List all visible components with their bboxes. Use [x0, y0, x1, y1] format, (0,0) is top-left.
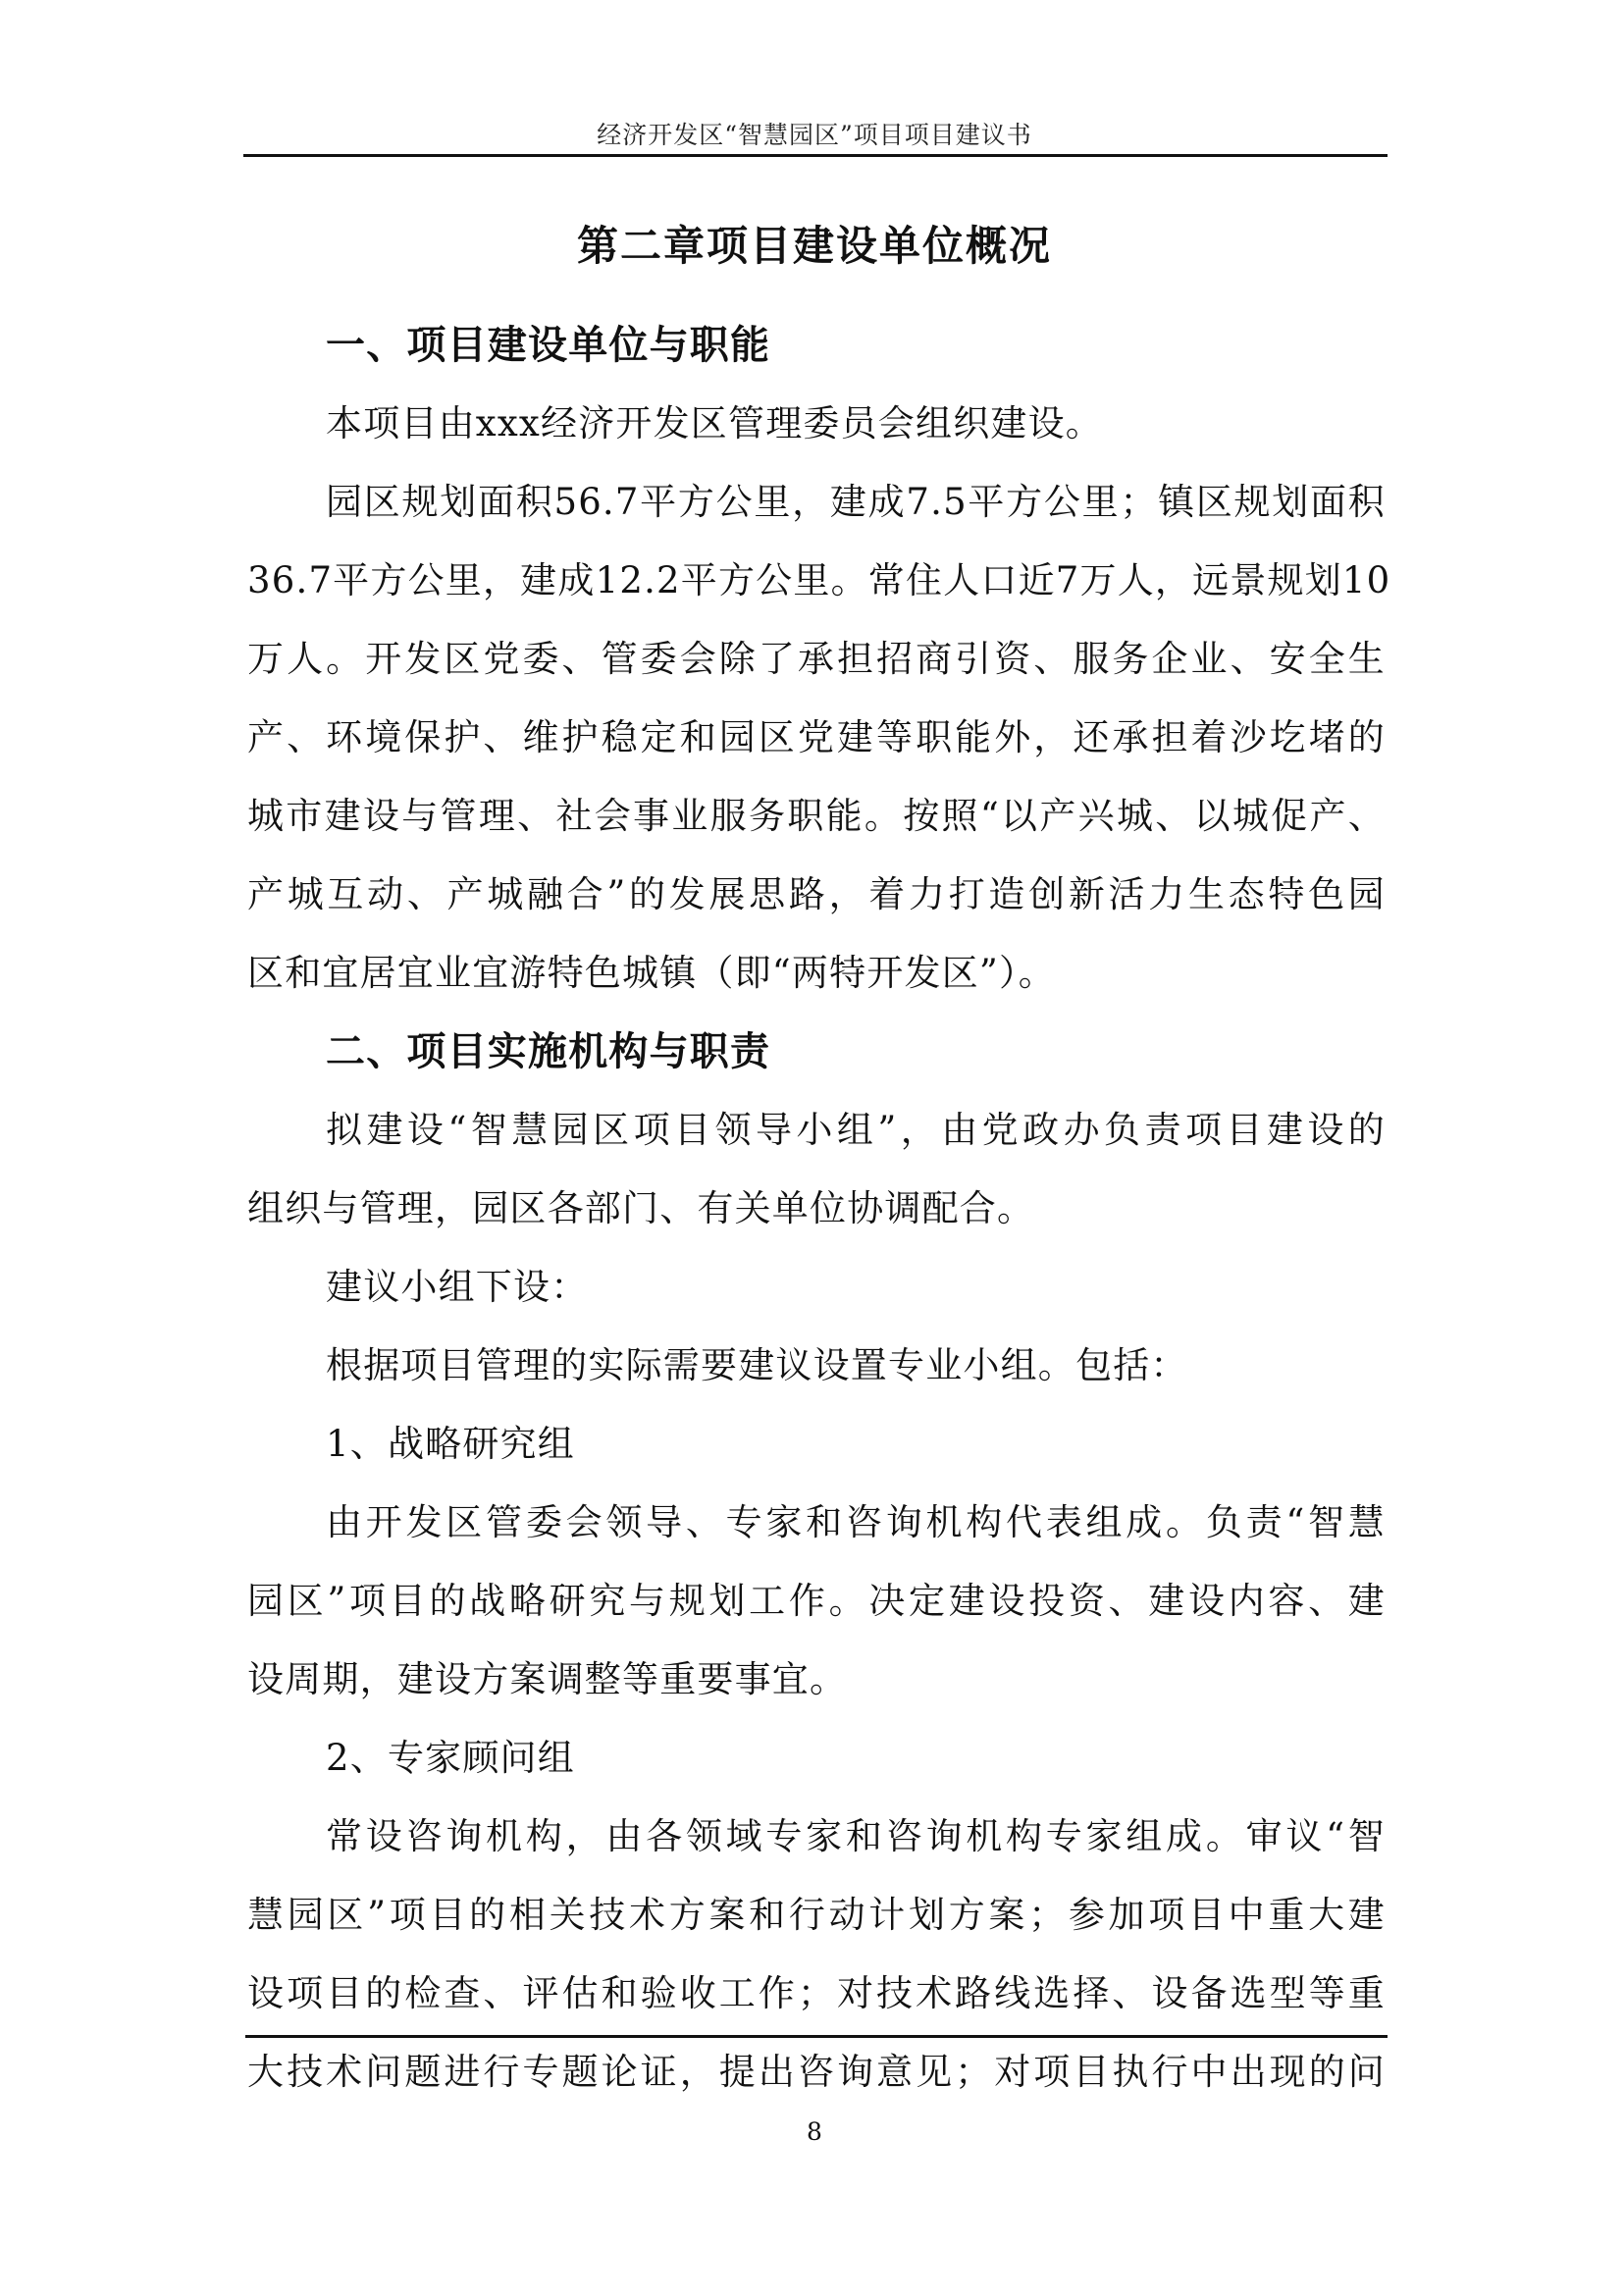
- paragraph-line: 本项目由xxx经济开发区管理委员会组织建设。: [247, 385, 1386, 463]
- section-heading: 二、项目实施机构与职责: [247, 1013, 1386, 1091]
- paragraph-line: 常设咨询机构，由各领域专家和咨询机构专家组成。审议“智: [247, 1798, 1386, 1876]
- paragraph-line: 根据项目管理的实际需要建议设置专业小组。包括：: [247, 1327, 1386, 1405]
- paragraph-line: 组织与管理，园区各部门、有关单位协调配合。: [247, 1170, 1386, 1248]
- paragraph-line: 设周期，建设方案调整等重要事宜。: [247, 1641, 1386, 1719]
- paragraph-line: 园区规划面积56.7平方公里，建成7.5平方公里；镇区规划面积: [247, 463, 1386, 542]
- paragraph-line: 拟建设“智慧园区项目领导小组”，由党政办负责项目建设的: [247, 1091, 1386, 1170]
- section-heading: 一、项目建设单位与职能: [247, 306, 1386, 385]
- subgroup-heading: 1、战略研究组: [247, 1405, 1386, 1484]
- paragraph-line: 由开发区管委会领导、专家和咨询机构代表组成。负责“智慧: [247, 1484, 1386, 1562]
- document-body: 一、项目建设单位与职能 本项目由xxx经济开发区管理委员会组织建设。 园区规划面…: [247, 306, 1386, 2112]
- paragraph-line: 36.7平方公里，建成12.2平方公里。常住人口近7万人，远景规划10: [247, 542, 1386, 620]
- running-header: 经济开发区“智慧园区”项目项目建议书: [243, 116, 1386, 151]
- header-divider: [243, 154, 1388, 157]
- paragraph-line: 建议小组下设：: [247, 1248, 1386, 1327]
- page-number: 8: [243, 2117, 1386, 2146]
- subgroup-heading: 2、专家顾问组: [247, 1719, 1386, 1798]
- paragraph-line: 区和宜居宜业宜游特色城镇（即“两特开发区”）。: [247, 934, 1386, 1013]
- footer-divider: [245, 2035, 1388, 2038]
- chapter-title: 第二章项目建设单位概况: [243, 214, 1386, 273]
- paragraph-line: 城市建设与管理、社会事业服务职能。按照“以产兴城、以城促产、: [247, 777, 1386, 856]
- paragraph-line: 慧园区”项目的相关技术方案和行动计划方案；参加项目中重大建: [247, 1876, 1386, 1955]
- paragraph-line: 产、环境保护、维护稳定和园区党建等职能外，还承担着沙圪堵的: [247, 699, 1386, 777]
- paragraph-line: 产城互动、产城融合”的发展思路，着力打造创新活力生态特色园: [247, 856, 1386, 934]
- paragraph-line: 大技术问题进行专题论证，提出咨询意见；对项目执行中出现的问: [247, 2033, 1386, 2112]
- paragraph-line: 万人。开发区党委、管委会除了承担招商引资、服务企业、安全生: [247, 620, 1386, 699]
- paragraph-line: 园区”项目的战略研究与规划工作。决定建设投资、建设内容、建: [247, 1562, 1386, 1641]
- paragraph-line: 设项目的检查、评估和验收工作；对技术路线选择、设备选型等重: [247, 1955, 1386, 2033]
